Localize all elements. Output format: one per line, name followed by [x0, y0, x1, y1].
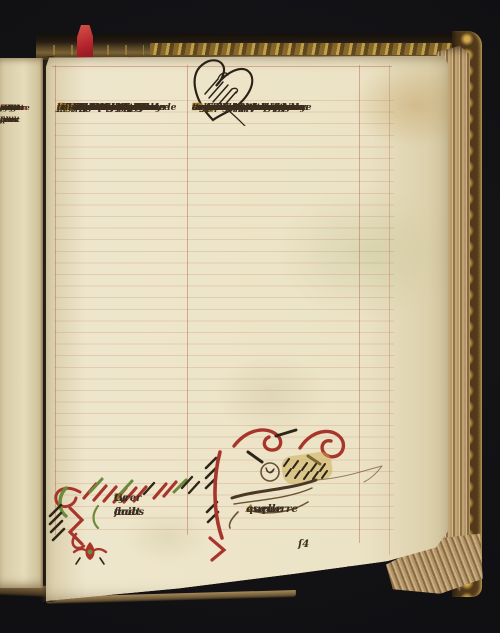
- top-frame-rule: [52, 66, 392, 67]
- catchword: ſ4: [298, 539, 309, 550]
- top-gilt-edge: [150, 43, 472, 55]
- ruled-lines: [54, 100, 394, 536]
- ribbon-bookmark-icon: [77, 25, 93, 63]
- left-page-sliver: 8 lotsd auccols quie 7 seraste 7nera7 sl…: [0, 58, 43, 588]
- right-margin-rule: [389, 65, 390, 555]
- left-margin-rule: [55, 65, 56, 535]
- manuscript-photo: 8 lotsd auccols quie 7 seraste 7nera7 sl…: [0, 0, 500, 633]
- right-column-rule: [359, 65, 360, 543]
- folio-number: 66: [344, 563, 363, 577]
- gilt-flecks: [44, 45, 144, 55]
- column-divider-rule: [187, 65, 188, 535]
- manuscript-page: une petitte verguette ledyametre du fons…: [46, 56, 448, 602]
- left-page-text-fragments: 8 lotsd auccols quie 7 seraste 7nera7 sl…: [0, 102, 40, 572]
